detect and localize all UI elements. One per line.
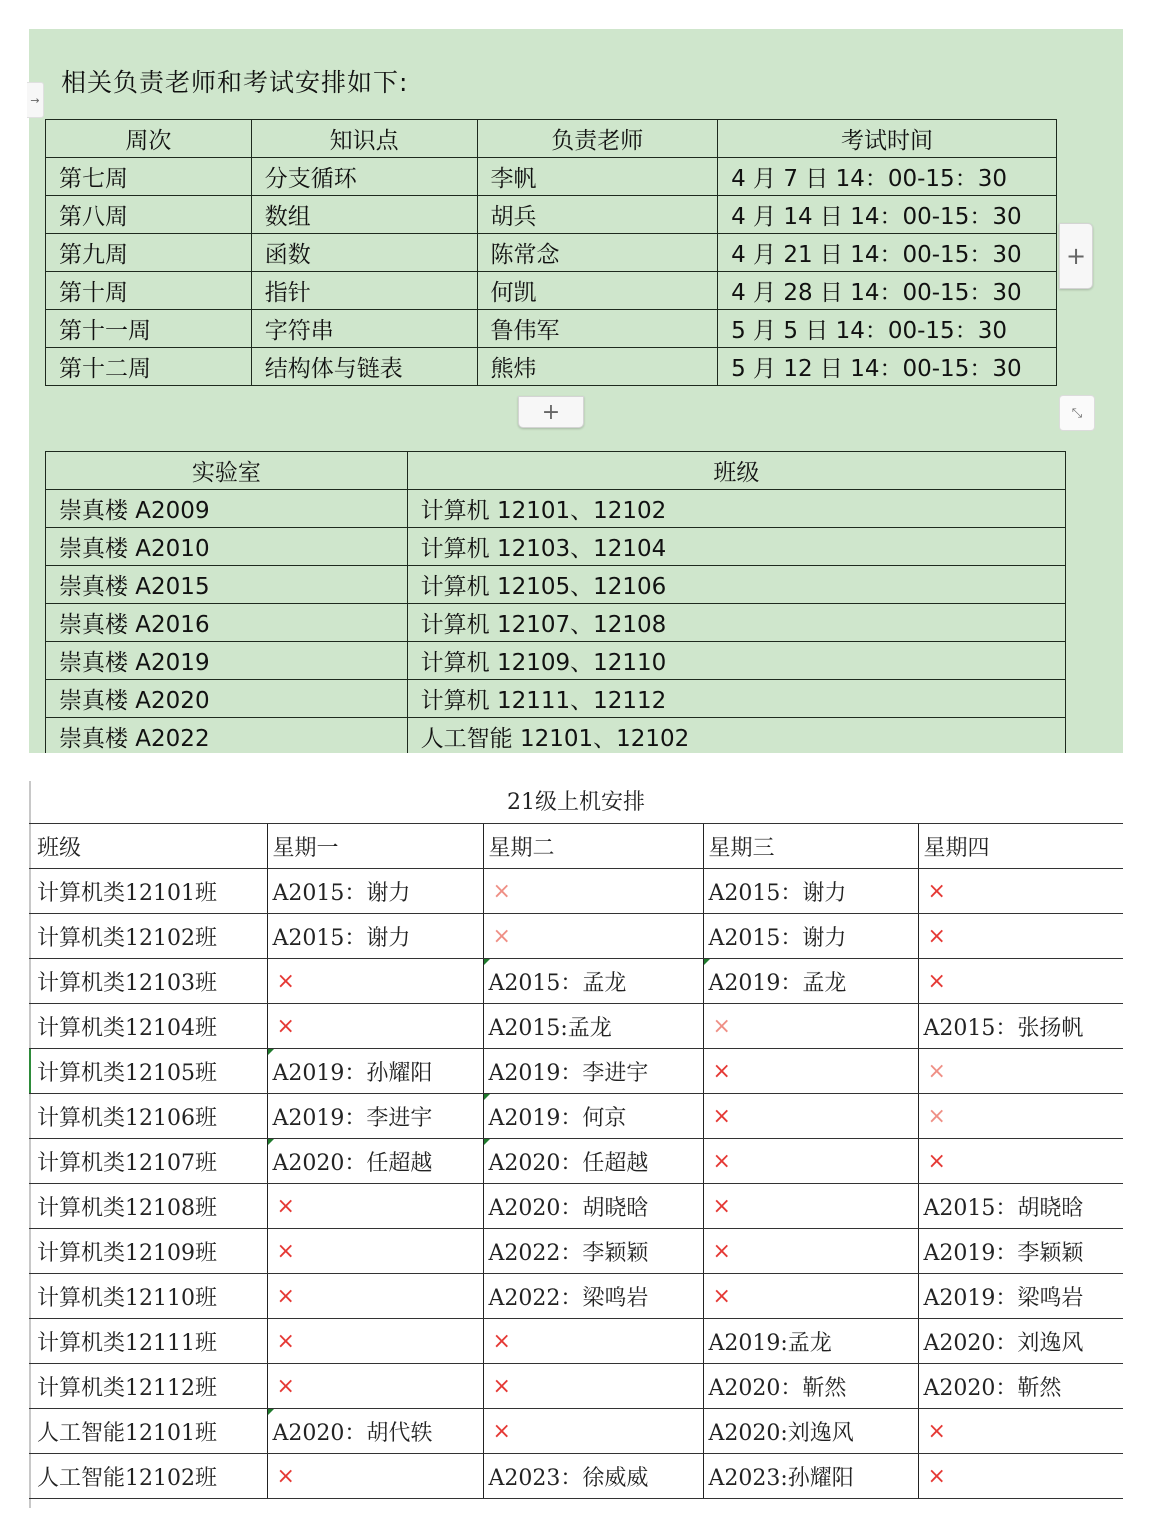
schedule-cell[interactable]: A2020:刘逸风	[703, 1409, 918, 1454]
cell-text: 计算机类12107班	[37, 1151, 217, 1176]
table-cell[interactable]: 崇真楼 A2019	[46, 642, 408, 680]
schedule-cell[interactable]: ×	[267, 1274, 483, 1319]
column-header[interactable]: 负责老师	[477, 120, 718, 158]
table-cell[interactable]: 崇真楼 A2020	[46, 680, 408, 718]
table-cell[interactable]: 李帆	[477, 158, 718, 196]
schedule-cell[interactable]: ×	[703, 1049, 918, 1094]
cell-text: A2019：孟龙	[709, 971, 847, 996]
table-cell[interactable]: 字符串	[251, 310, 477, 348]
table-cell[interactable]: 第十一周	[46, 310, 252, 348]
schedule-cell[interactable]: ×	[918, 1094, 1123, 1139]
table-cell[interactable]: 4 月 21 日 14：00-15：30	[718, 234, 1057, 272]
table-row: 崇真楼 A2016计算机 12107、12108	[46, 604, 1066, 642]
table-row: 计算机类12108班×A2020：胡晓晗×A2015：胡晓晗	[29, 1184, 1123, 1229]
x-mark-icon: ×	[273, 1014, 295, 1039]
table-cell[interactable]: 4 月 28 日 14：00-15：30	[718, 272, 1057, 310]
class-name-cell[interactable]: 计算机类12112班	[29, 1364, 267, 1409]
cell-text: 计算机类12104班	[37, 1016, 217, 1041]
schedule-cell[interactable]: A2019：李进宇	[267, 1094, 483, 1139]
table-cell[interactable]: 计算机 12107、12108	[407, 604, 1065, 642]
cell-text: A2020：胡代轶	[273, 1421, 433, 1446]
table-row: 计算机类12103班×A2015：孟龙A2019：孟龙×	[29, 959, 1123, 1004]
cell-text: 计算机类12106班	[37, 1106, 217, 1131]
cell-text: A2020:刘逸风	[709, 1421, 854, 1446]
schedule-cell[interactable]: A2019：李进宇	[483, 1049, 703, 1094]
column-header[interactable]: 班级	[407, 452, 1065, 490]
table-cell[interactable]: 4 月 14 日 14：00-15：30	[718, 196, 1057, 234]
column-header[interactable]: 星期三	[703, 824, 918, 869]
schedule-cell[interactable]: A2023:孙耀阳	[703, 1454, 918, 1499]
class-name-cell[interactable]: 计算机类12107班	[29, 1139, 267, 1184]
schedule-cell[interactable]: ×	[918, 1139, 1123, 1184]
cell-text: A2019：梁鸣岩	[924, 1286, 1084, 1311]
cell-text: 计算机类12102班	[37, 926, 217, 951]
schedule-cell[interactable]: ×	[483, 914, 703, 959]
table-cell[interactable]: 第十二周	[46, 348, 252, 386]
intro-text: 相关负责老师和考试安排如下:	[61, 63, 408, 99]
table-row: 计算机类12102班A2015：谢力×A2015：谢力×	[29, 914, 1123, 959]
table-row: 计算机类12109班×A2022：李颖颖×A2019：李颖颖	[29, 1229, 1123, 1274]
table-cell[interactable]: 第十周	[46, 272, 252, 310]
class-name-cell[interactable]: 计算机类12109班	[29, 1229, 267, 1274]
table-cell[interactable]: 计算机 12109、12110	[407, 642, 1065, 680]
document-panel: 相关负责老师和考试安排如下: 周次知识点负责老师考试时间 第七周分支循环李帆4 …	[29, 29, 1123, 753]
x-mark-icon: ×	[709, 1284, 731, 1309]
table-cell[interactable]: 崇真楼 A2009	[46, 490, 408, 528]
table-row: 人工智能12102班×A2023：徐威威A2023:孙耀阳×	[29, 1454, 1123, 1499]
cell-text: A2015：谢力	[273, 926, 411, 951]
cell-text: A2020：任超越	[489, 1151, 649, 1176]
x-mark-icon: ×	[709, 1104, 731, 1129]
table-cell[interactable]: 数组	[251, 196, 477, 234]
schedule-cell[interactable]: A2015：孟龙	[483, 959, 703, 1004]
schedule-cell[interactable]: A2020：任超越	[483, 1139, 703, 1184]
table-row: 第十一周字符串鲁伟军5 月 5 日 14：00-15：30	[46, 310, 1057, 348]
arrow-right-icon: →	[30, 94, 39, 107]
column-header[interactable]: 周次	[46, 120, 252, 158]
column-header[interactable]: 实验室	[46, 452, 408, 490]
schedule-cell[interactable]: A2022：梁鸣岩	[483, 1274, 703, 1319]
table-row: 第十二周结构体与链表熊炜5 月 12 日 14：00-15：30	[46, 348, 1057, 386]
schedule-cell[interactable]: ×	[703, 1139, 918, 1184]
cell-text: A2015：谢力	[709, 881, 847, 906]
x-mark-icon: ×	[273, 1374, 295, 1399]
cell-text: A2019：孙耀阳	[273, 1061, 433, 1086]
cell-text: A2022：梁鸣岩	[489, 1286, 649, 1311]
column-header[interactable]: 星期一	[267, 824, 483, 869]
table-resize-button[interactable]: ⤡	[1059, 395, 1095, 431]
x-mark-icon: ×	[489, 924, 511, 949]
schedule-cell[interactable]: A2019：孙耀阳	[267, 1049, 483, 1094]
class-name-cell[interactable]: 计算机类12108班	[29, 1184, 267, 1229]
cell-text: A2020：任超越	[273, 1151, 433, 1176]
table-row: 计算机类12112班××A2020：靳然A2020：靳然	[29, 1364, 1123, 1409]
x-mark-icon: ×	[273, 1284, 295, 1309]
schedule-cell[interactable]: A2023：徐威威	[483, 1454, 703, 1499]
exam-schedule-table: 周次知识点负责老师考试时间 第七周分支循环李帆4 月 7 日 14：00-15：…	[45, 119, 1057, 386]
x-mark-icon: ×	[924, 924, 946, 949]
schedule-cell[interactable]: ×	[918, 1454, 1123, 1499]
schedule-cell[interactable]: A2015：胡晓晗	[918, 1184, 1123, 1229]
table-row: 第十周指针何凯4 月 28 日 14：00-15：30	[46, 272, 1057, 310]
schedule-cell[interactable]: A2019：李颖颖	[918, 1229, 1123, 1274]
table-cell[interactable]: 鲁伟军	[477, 310, 718, 348]
plus-icon: +	[542, 400, 560, 425]
schedule-cell[interactable]: ×	[703, 1184, 918, 1229]
schedule-cell[interactable]: A2015：谢力	[703, 869, 918, 914]
schedule-cell[interactable]: ×	[703, 1274, 918, 1319]
table-cell[interactable]: 熊炜	[477, 348, 718, 386]
class-name-cell[interactable]: 人工智能12101班	[29, 1409, 267, 1454]
schedule-cell[interactable]: A2020：胡代轶	[267, 1409, 483, 1454]
schedule-cell[interactable]: ×	[703, 1004, 918, 1049]
cell-text: A2015：谢力	[273, 881, 411, 906]
cell-text: 人工智能12101班	[37, 1421, 217, 1446]
schedule-cell[interactable]: ×	[267, 1319, 483, 1364]
schedule-cell[interactable]: A2019：梁鸣岩	[918, 1274, 1123, 1319]
table-cell[interactable]: 崇真楼 A2015	[46, 566, 408, 604]
cell-text: A2015：谢力	[709, 926, 847, 951]
cell-text: A2020：胡晓晗	[489, 1196, 649, 1221]
schedule-cell[interactable]: ×	[267, 1454, 483, 1499]
schedule-cell[interactable]: A2019：何京	[483, 1094, 703, 1139]
table-row: 第九周函数陈常念4 月 21 日 14：00-15：30	[46, 234, 1057, 272]
header-row: 班级星期一星期二星期三星期四	[29, 824, 1123, 869]
schedule-cell[interactable]: A2020：刘逸风	[918, 1319, 1123, 1364]
column-header[interactable]: 知识点	[251, 120, 477, 158]
schedule-cell[interactable]: A2020：靳然	[918, 1364, 1123, 1409]
x-mark-icon: ×	[709, 1239, 731, 1264]
resize-icon: ⤡	[1072, 406, 1082, 421]
schedule-cell[interactable]: ×	[267, 1229, 483, 1274]
table-row: 崇真楼 A2022人工智能 12101、12102	[46, 718, 1066, 754]
class-name-cell[interactable]: 计算机类12102班	[29, 914, 267, 959]
x-mark-icon: ×	[273, 969, 295, 994]
table-cell[interactable]: 5 月 5 日 14：00-15：30	[718, 310, 1057, 348]
x-mark-icon: ×	[709, 1014, 731, 1039]
class-name-cell[interactable]: 计算机类12111班	[29, 1319, 267, 1364]
x-mark-icon: ×	[489, 879, 511, 904]
table-cell[interactable]: 人工智能 12101、12102	[407, 718, 1065, 754]
add-column-button[interactable]: +	[1059, 223, 1093, 289]
cell-text: A2015：张扬帆	[924, 1016, 1084, 1041]
schedule-cell[interactable]: ×	[918, 1049, 1123, 1094]
table-cell[interactable]: 陈常念	[477, 234, 718, 272]
schedule-cell[interactable]: ×	[267, 1004, 483, 1049]
x-mark-icon: ×	[924, 1104, 946, 1129]
schedule-cell[interactable]: A2019：孟龙	[703, 959, 918, 1004]
cell-text: 计算机类12109班	[37, 1241, 217, 1266]
class-name-cell[interactable]: 计算机类12101班	[29, 869, 267, 914]
cell-text: 计算机类12103班	[37, 971, 217, 996]
column-header[interactable]: 星期四	[918, 824, 1123, 869]
cell-text: 计算机类12111班	[37, 1331, 217, 1356]
table-row: 计算机类12110班×A2022：梁鸣岩×A2019：梁鸣岩	[29, 1274, 1123, 1319]
schedule-cell[interactable]: ×	[483, 869, 703, 914]
table-row: 计算机类12106班A2019：李进宇A2019：何京××	[29, 1094, 1123, 1139]
table-cell[interactable]: 分支循环	[251, 158, 477, 196]
schedule-cell[interactable]: ×	[918, 1409, 1123, 1454]
x-mark-icon: ×	[709, 1194, 731, 1219]
cell-text: 计算机类12108班	[37, 1196, 217, 1221]
schedule-cell[interactable]: ×	[483, 1364, 703, 1409]
schedule-cell[interactable]: A2020：胡晓晗	[483, 1184, 703, 1229]
x-mark-icon: ×	[709, 1059, 731, 1084]
table-row: 计算机类12101班A2015：谢力×A2015：谢力×	[29, 869, 1123, 914]
class-name-cell[interactable]: 计算机类12104班	[29, 1004, 267, 1049]
x-mark-icon: ×	[273, 1464, 295, 1489]
schedule-cell[interactable]: A2015：张扬帆	[918, 1004, 1123, 1049]
x-mark-icon: ×	[924, 969, 946, 994]
side-handle-button[interactable]: →	[27, 82, 44, 118]
table-cell[interactable]: 第九周	[46, 234, 252, 272]
schedule-cell[interactable]: ×	[267, 1364, 483, 1409]
table-cell[interactable]: 何凯	[477, 272, 718, 310]
x-mark-icon: ×	[273, 1239, 295, 1264]
x-mark-icon: ×	[489, 1329, 511, 1354]
table-cell[interactable]: 函数	[251, 234, 477, 272]
lab-schedule-sheet: 21级上机安排 班级星期一星期二星期三星期四计算机类12101班A2015：谢力…	[29, 781, 1123, 1499]
table-row: 崇真楼 A2020计算机 12111、12112	[46, 680, 1066, 718]
cell-text: A2015：胡晓晗	[924, 1196, 1084, 1221]
cell-text: A2020：靳然	[709, 1376, 847, 1401]
schedule-cell[interactable]: A2015：谢力	[267, 914, 483, 959]
table-row: 崇真楼 A2019计算机 12109、12110	[46, 642, 1066, 680]
table-cell[interactable]: 胡兵	[477, 196, 718, 234]
cell-text: A2015:孟龙	[489, 1016, 612, 1041]
table-cell[interactable]: 计算机 12103、12104	[407, 528, 1065, 566]
x-mark-icon: ×	[273, 1329, 295, 1354]
column-header[interactable]: 考试时间	[718, 120, 1057, 158]
weekly-lab-table: 班级星期一星期二星期三星期四计算机类12101班A2015：谢力×A2015：谢…	[29, 823, 1123, 1499]
x-mark-icon: ×	[924, 1419, 946, 1444]
schedule-cell[interactable]: A2019:孟龙	[703, 1319, 918, 1364]
table-row: 人工智能12101班A2020：胡代轶×A2020:刘逸风×	[29, 1409, 1123, 1454]
cell-text: A2022：李颖颖	[489, 1241, 649, 1266]
table-row: 崇真楼 A2010计算机 12103、12104	[46, 528, 1066, 566]
cell-text: 计算机类12110班	[37, 1286, 217, 1311]
schedule-cell[interactable]: ×	[918, 914, 1123, 959]
column-header[interactable]: 星期二	[483, 824, 703, 869]
schedule-cell[interactable]: ×	[483, 1409, 703, 1454]
x-mark-icon: ×	[489, 1374, 511, 1399]
column-header[interactable]: 班级	[29, 824, 267, 869]
table-cell[interactable]: 计算机 12101、12102	[407, 490, 1065, 528]
x-mark-icon: ×	[489, 1419, 511, 1444]
table-cell[interactable]: 崇真楼 A2022	[46, 718, 408, 754]
x-mark-icon: ×	[924, 1149, 946, 1174]
cell-text: A2015：孟龙	[489, 971, 627, 996]
x-mark-icon: ×	[273, 1194, 295, 1219]
table-row: 崇真楼 A2009计算机 12101、12102	[46, 490, 1066, 528]
schedule-cell[interactable]: A2020：任超越	[267, 1139, 483, 1184]
table-cell[interactable]: 指针	[251, 272, 477, 310]
sheet-title: 21级上机安排	[29, 781, 1123, 823]
schedule-cell[interactable]: ×	[483, 1319, 703, 1364]
schedule-cell[interactable]: A2020：靳然	[703, 1364, 918, 1409]
schedule-cell[interactable]: A2015：谢力	[267, 869, 483, 914]
schedule-cell[interactable]: ×	[918, 959, 1123, 1004]
table-cell[interactable]: 第七周	[46, 158, 252, 196]
cell-text: A2023:孙耀阳	[709, 1466, 854, 1491]
cell-text: 计算机类12112班	[37, 1376, 217, 1401]
cell-text: A2023：徐威威	[489, 1466, 649, 1491]
plus-icon: +	[1066, 242, 1086, 270]
cell-text: A2019：何京	[489, 1106, 627, 1131]
x-mark-icon: ×	[709, 1149, 731, 1174]
cell-text: 人工智能12102班	[37, 1466, 217, 1491]
x-mark-icon: ×	[924, 1464, 946, 1489]
cell-text: A2020：靳然	[924, 1376, 1062, 1401]
schedule-cell[interactable]: A2015：谢力	[703, 914, 918, 959]
table-cell[interactable]: 5 月 12 日 14：00-15：30	[718, 348, 1057, 386]
table-row: 崇真楼 A2015计算机 12105、12106	[46, 566, 1066, 604]
cell-text: A2019：李进宇	[273, 1106, 433, 1131]
x-mark-icon: ×	[924, 879, 946, 904]
schedule-cell[interactable]: ×	[267, 1184, 483, 1229]
schedule-cell[interactable]: ×	[267, 959, 483, 1004]
table-row: 计算机类12104班×A2015:孟龙×A2015：张扬帆	[29, 1004, 1123, 1049]
table-row: 计算机类12111班××A2019:孟龙A2020：刘逸风	[29, 1319, 1123, 1364]
cell-text: A2019:孟龙	[709, 1331, 832, 1356]
table-cell[interactable]: 崇真楼 A2010	[46, 528, 408, 566]
schedule-cell[interactable]: ×	[703, 1094, 918, 1139]
class-name-cell[interactable]: 计算机类12105班	[29, 1049, 267, 1094]
schedule-cell[interactable]: ×	[918, 869, 1123, 914]
table-cell[interactable]: 崇真楼 A2016	[46, 604, 408, 642]
class-name-cell[interactable]: 计算机类12103班	[29, 959, 267, 1004]
class-name-cell[interactable]: 计算机类12106班	[29, 1094, 267, 1139]
table-cell[interactable]: 第八周	[46, 196, 252, 234]
schedule-cell[interactable]: A2015:孟龙	[483, 1004, 703, 1049]
class-name-cell[interactable]: 计算机类12110班	[29, 1274, 267, 1319]
table-cell[interactable]: 4 月 7 日 14：00-15：30	[718, 158, 1057, 196]
table-row: 第八周数组胡兵4 月 14 日 14：00-15：30	[46, 196, 1057, 234]
cell-text: A2019：李颖颖	[924, 1241, 1084, 1266]
table-cell[interactable]: 结构体与链表	[251, 348, 477, 386]
class-name-cell[interactable]: 人工智能12102班	[29, 1454, 267, 1499]
schedule-cell[interactable]: A2022：李颖颖	[483, 1229, 703, 1274]
x-mark-icon: ×	[924, 1059, 946, 1084]
table-cell[interactable]: 计算机 12111、12112	[407, 680, 1065, 718]
cell-text: 计算机类12105班	[37, 1061, 217, 1086]
table-cell[interactable]: 计算机 12105、12106	[407, 566, 1065, 604]
cell-text: A2019：李进宇	[489, 1061, 649, 1086]
cell-text: A2020：刘逸风	[924, 1331, 1084, 1356]
cell-text: 计算机类12101班	[37, 881, 217, 906]
table-row: 第七周分支循环李帆4 月 7 日 14：00-15：30	[46, 158, 1057, 196]
table-row: 计算机类12105班A2019：孙耀阳A2019：李进宇××	[29, 1049, 1123, 1094]
schedule-cell[interactable]: ×	[703, 1229, 918, 1274]
add-row-button[interactable]: +	[518, 396, 584, 428]
lab-assignment-table: 实验室班级 崇真楼 A2009计算机 12101、12102崇真楼 A2010计…	[45, 451, 1066, 753]
table-row: 计算机类12107班A2020：任超越A2020：任超越××	[29, 1139, 1123, 1184]
